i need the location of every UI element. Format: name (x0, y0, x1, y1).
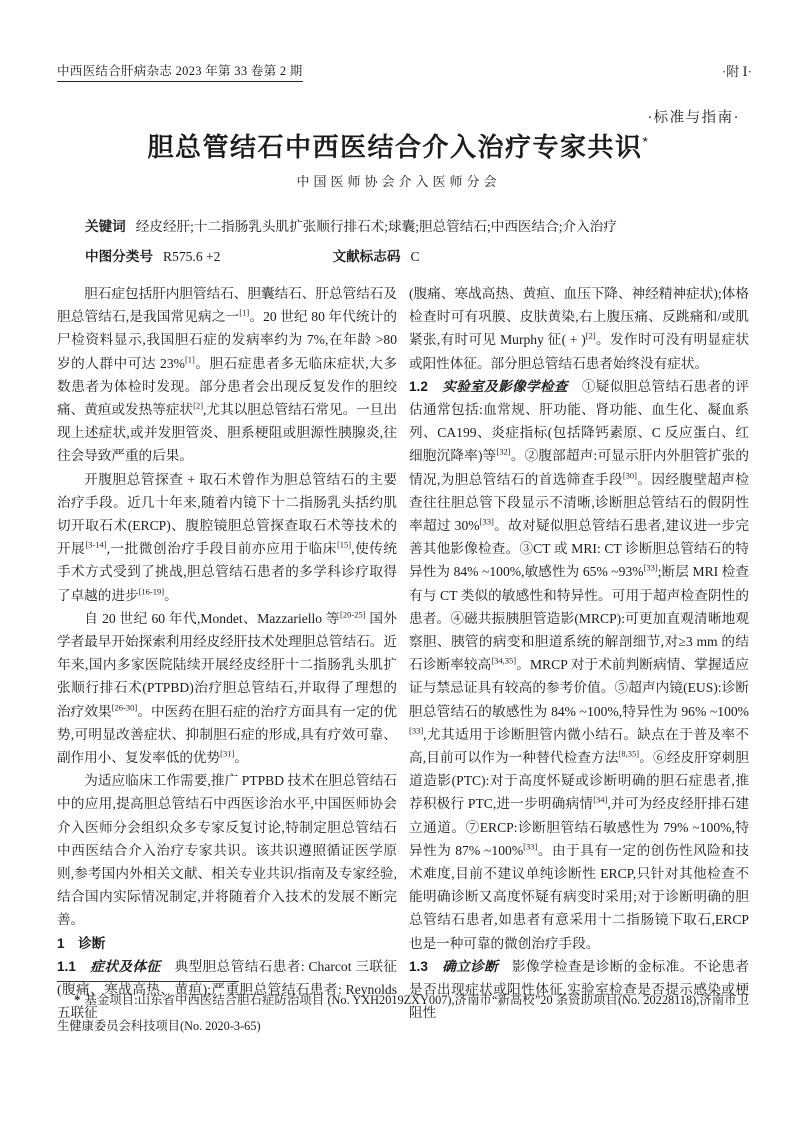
keywords-row: 关键词经皮经肝;十二指肠乳头肌扩张顺行排石术;球囊;胆总管结石;中西医结合;介入… (85, 212, 749, 242)
footnote-rule (57, 981, 239, 982)
title-footnote-mark: * (643, 133, 650, 149)
journal-page: 中西医结合肝病杂志 2023 年第 33 卷第 2 期 ·附 Ⅰ· ·标准与指南… (0, 0, 797, 1122)
footnote-body: 基金项目:山东省中西医结合胆石症防治项目 (No. YXH2019ZXY007)… (57, 993, 749, 1033)
author-affiliation: 中国医师协会介入医师分会 (0, 171, 797, 190)
section-heading-diagnosis: 1 诊断 (57, 932, 397, 955)
keywords-text: 经皮经肝;十二指肠乳头肌扩张顺行排石术;球囊;胆总管结石;中西医结合;介入治疗 (136, 219, 617, 234)
classification-row: 中图分类号R575.6 +2文献标志码C (85, 242, 749, 272)
column-section-tag: ·标准与指南· (647, 106, 740, 127)
body-paragraph: (腹痛、寒战高热、黄疸、血压下降、神经精神症状);体格检查时可有巩膜、皮肤黄染,… (409, 282, 749, 375)
subsection-lab-imaging: 1.2 实验室及影像学检查 ①疑似胆总管结石患者的评估通常包括:血常规、肝功能、… (409, 375, 749, 955)
right-column: (腹痛、寒战高热、黄疸、血压下降、神经精神症状);体格检查时可有巩膜、皮肤黄染,… (409, 282, 749, 1025)
paper-title-text: 胆总管结石中西医结合介入治疗专家共识 (148, 132, 643, 162)
paper-title: 胆总管结石中西医结合介入治疗专家共识* (0, 127, 797, 164)
body-columns: 胆石症包括肝内胆管结石、胆囊结石、肝总管结石及胆总管结石,是我国常见病之一[1]… (57, 282, 749, 1025)
left-column: 胆石症包括肝内胆管结石、胆囊结石、肝总管结石及胆总管结石,是我国常见病之一[1]… (57, 282, 397, 1025)
keywords-label: 关键词 (85, 219, 126, 234)
article-meta: 关键词经皮经肝;十二指肠乳头肌扩张顺行排石术;球囊;胆总管结石;中西医结合;介入… (85, 212, 749, 272)
body-paragraph: 自 20 世纪 60 年代,Mondet、Mazzariello 等[20-25… (57, 607, 397, 769)
footnote-text: *基金项目:山东省中西医结合胆石症防治项目 (No. YXH2019ZXY007… (57, 987, 749, 1039)
page-header: 中西医结合肝病杂志 2023 年第 33 卷第 2 期 ·附 Ⅰ· (57, 61, 752, 82)
page-number-label: ·附 Ⅰ· (722, 61, 752, 80)
body-paragraph: 为适应临床工作需要,推广 PTPBD 技术在胆总管结石中的应用,提高胆总管结石中… (57, 769, 397, 931)
body-paragraph: 开腹胆总管探查 + 取石术曾作为胆总管结石的主要治疗手段。近几十年来,随着内镜下… (57, 468, 397, 607)
clc-label: 中图分类号 (85, 249, 153, 264)
journal-name: 中西医结合肝病杂志 2023 年第 33 卷第 2 期 (57, 61, 303, 82)
body-paragraph: 胆石症包括肝内胆管结石、胆囊结石、肝总管结石及胆总管结石,是我国常见病之一[1]… (57, 282, 397, 468)
doc-code-value: C (410, 249, 419, 264)
clc-value: R575.6 +2 (163, 249, 221, 264)
footnote-marker: * (74, 993, 80, 1007)
footnote: *基金项目:山东省中西医结合胆石症防治项目 (No. YXH2019ZXY007… (57, 981, 749, 1039)
doc-code-label: 文献标志码 (332, 249, 400, 264)
